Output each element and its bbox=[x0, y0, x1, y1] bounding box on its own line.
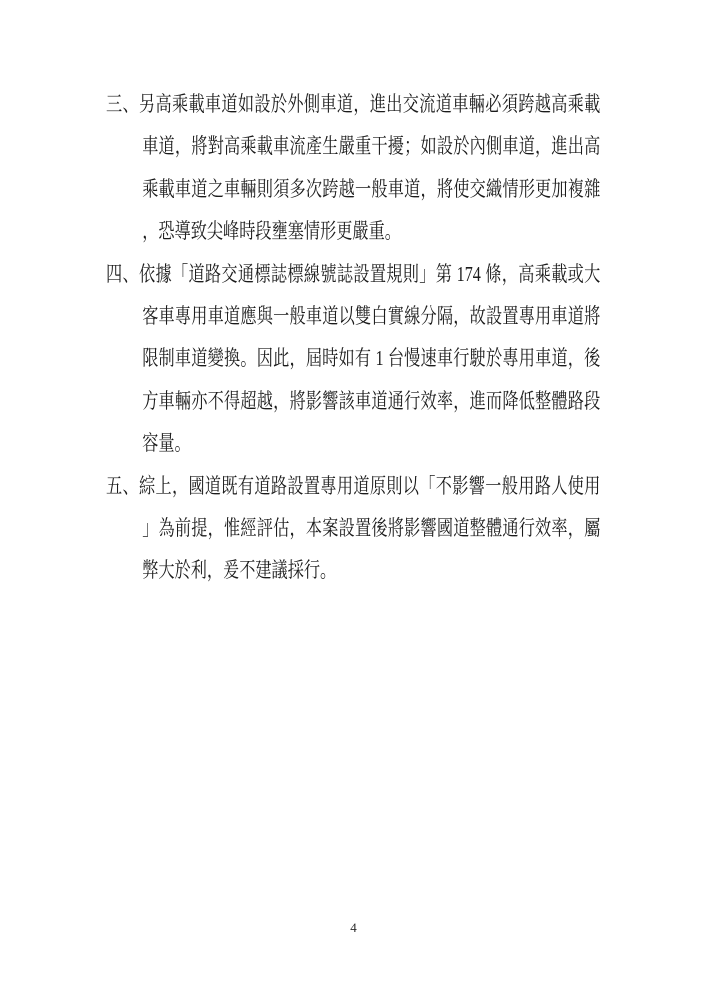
line-text: 另高乘載車道如設於外側車道，進出交流道車輛必須跨越高乘載 bbox=[139, 92, 600, 116]
list-marker: 三、 bbox=[106, 92, 139, 116]
document-page: 三、另高乘載車道如設於外側車道，進出交流道車輛必須跨越高乘載 車道，將對高乘載車… bbox=[0, 0, 707, 1000]
paragraph-line: 四、依據「道路交通標誌標線號誌設置規則」第 174 條，高乘載或大 bbox=[106, 253, 600, 295]
paragraph-line: 方車輛亦不得超越，將影響該車道通行效率，進而降低整體路段 bbox=[106, 380, 600, 422]
page-number: 4 bbox=[350, 920, 357, 935]
paragraph-line: ，恐導致尖峰時段壅塞情形更嚴重。 bbox=[106, 210, 600, 252]
paragraph-line: 客車專用車道應與一般車道以雙白實線分隔，故設置專用車道將 bbox=[106, 295, 600, 337]
paragraph-item-4: 四、依據「道路交通標誌標線號誌設置規則」第 174 條，高乘載或大 客車專用車道… bbox=[106, 253, 600, 465]
paragraph-item-3: 三、另高乘載車道如設於外側車道，進出交流道車輛必須跨越高乘載 車道，將對高乘載車… bbox=[106, 83, 600, 253]
document-body: 三、另高乘載車道如設於外側車道，進出交流道車輛必須跨越高乘載 車道，將對高乘載車… bbox=[106, 83, 600, 592]
list-marker: 四、 bbox=[106, 262, 139, 286]
paragraph-line: 容量。 bbox=[106, 422, 600, 464]
paragraph-line: 」為前提，惟經評估，本案設置後將影響國道整體通行效率，屬 bbox=[106, 507, 600, 549]
paragraph-line: 車道，將對高乘載車流產生嚴重干擾；如設於內側車道，進出高 bbox=[106, 125, 600, 167]
line-text: 依據「道路交通標誌標線號誌設置規則」第 174 條，高乘載或大 bbox=[139, 262, 600, 286]
paragraph-line: 限制車道變換。因此，屆時如有 1 台慢速車行駛於專用車道，後 bbox=[106, 337, 600, 379]
paragraph-line: 乘載車道之車輛則須多次跨越一般車道，將使交織情形更加複雜 bbox=[106, 168, 600, 210]
list-marker: 五、 bbox=[106, 474, 139, 498]
line-text: 綜上，國道既有道路設置專用道原則以「不影響一般用路人使用 bbox=[139, 474, 600, 498]
paragraph-line: 五、綜上，國道既有道路設置專用道原則以「不影響一般用路人使用 bbox=[106, 465, 600, 507]
paragraph-line: 三、另高乘載車道如設於外側車道，進出交流道車輛必須跨越高乘載 bbox=[106, 83, 600, 125]
paragraph-line: 弊大於利，爰不建議採行。 bbox=[106, 549, 600, 591]
paragraph-item-5: 五、綜上，國道既有道路設置專用道原則以「不影響一般用路人使用 」為前提，惟經評估… bbox=[106, 465, 600, 592]
page-footer: 4 bbox=[0, 918, 707, 938]
